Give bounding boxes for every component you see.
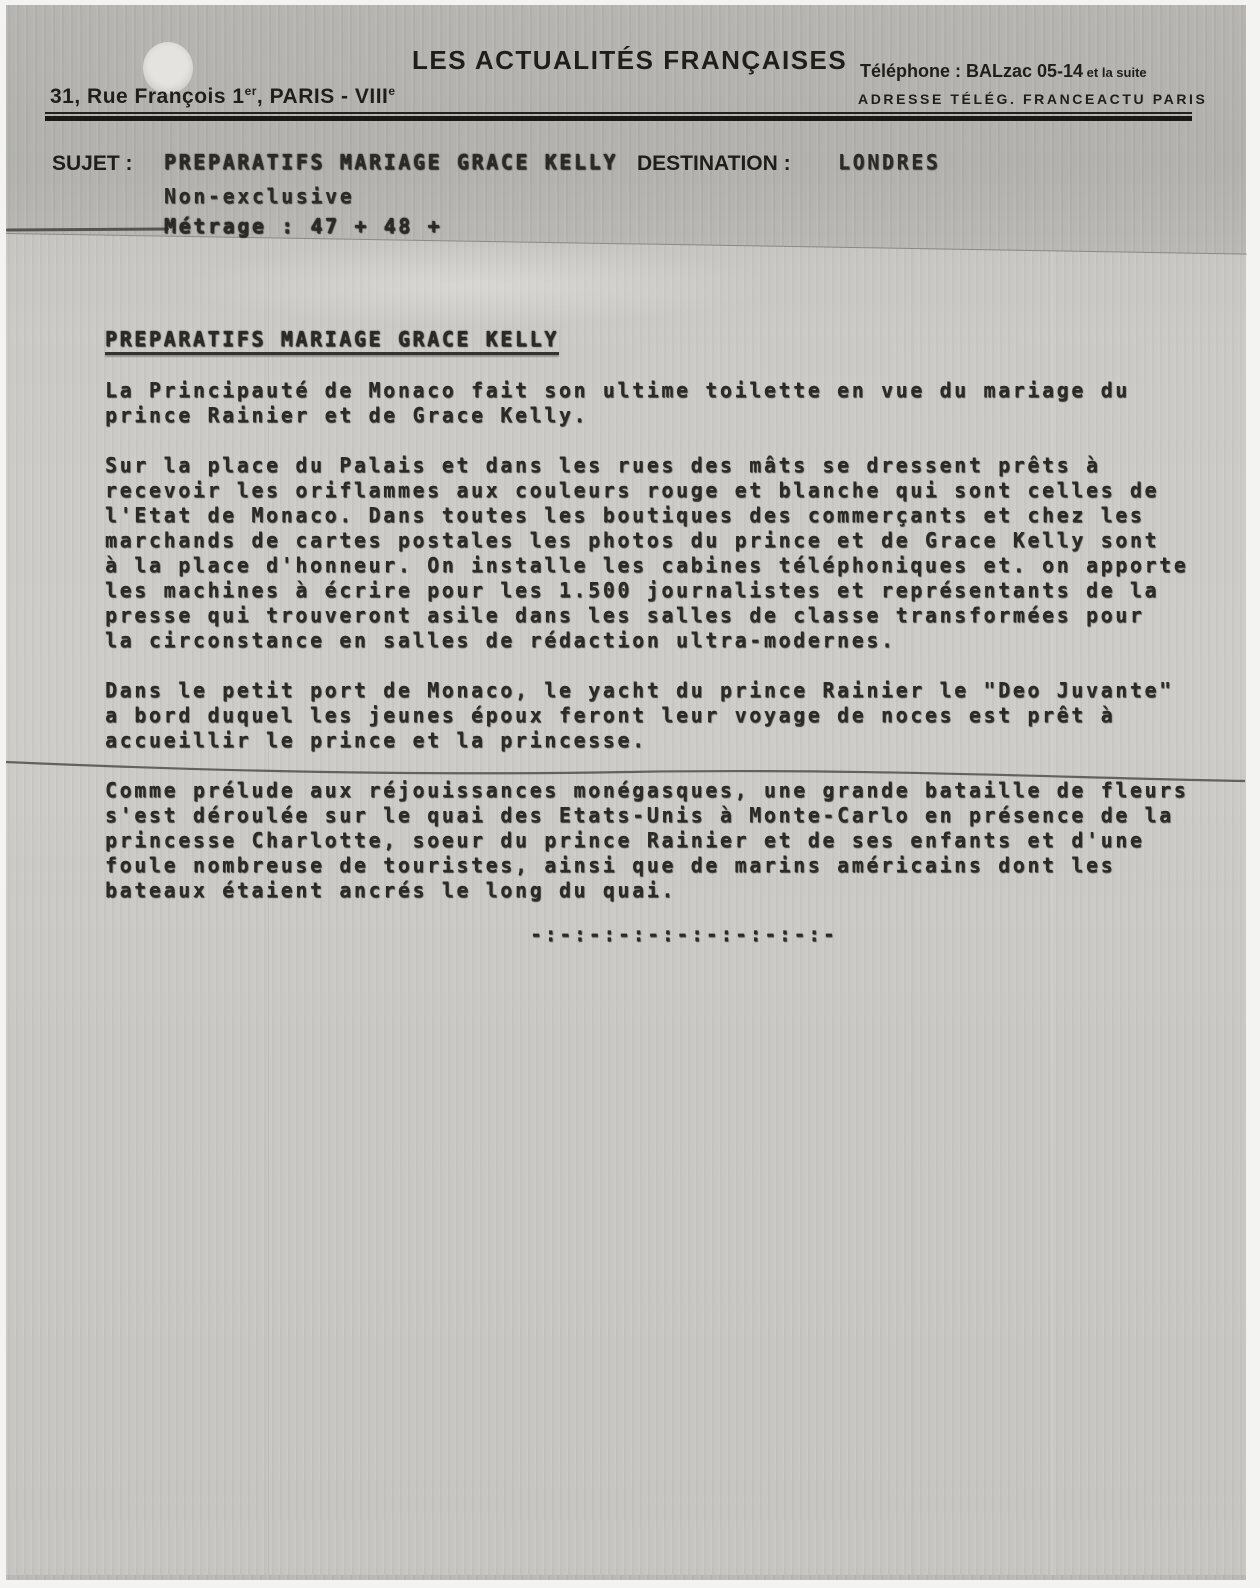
paragraph-line: l'Etat de Monaco. Dans toutes les boutiq… xyxy=(105,503,1225,528)
paragraph-line: à la place d'honneur. On installe les ca… xyxy=(105,553,1225,578)
destination-value: LONDRES xyxy=(838,150,941,174)
paragraph-line: princesse Charlotte, soeur du prince Rai… xyxy=(105,828,1225,853)
company-address: 31, Rue François 1er, PARIS - VIIIe xyxy=(50,84,396,109)
phone-number: Téléphone : BALzac 05-14 xyxy=(860,61,1083,81)
paragraph-line: Comme prélude aux réjouissances monégasq… xyxy=(105,778,1225,803)
metrage-line: Métrage : 47 + 48 + xyxy=(164,214,442,238)
paragraph-line: Sur la place du Palais et dans les rues … xyxy=(105,453,1225,478)
destination-label: DESTINATION : xyxy=(637,152,791,176)
paragraph-line: a bord duquel les jeunes époux feront le… xyxy=(105,703,1225,728)
paragraph-line: s'est déroulée sur le quai des Etats-Uni… xyxy=(105,803,1225,828)
address-sup: er xyxy=(245,84,257,98)
sujet-label: SUJET : xyxy=(52,152,133,176)
paragraph-line: presse qui trouveront asile dans les sal… xyxy=(105,603,1225,628)
document-title: PREPARATIFS MARIAGE GRACE KELLY xyxy=(105,327,559,355)
paragraph-line: bateaux étaient ancrés le long du quai. xyxy=(105,878,1225,903)
paragraph: Dans le petit port de Monaco, le yacht d… xyxy=(105,678,1225,753)
exclusivity-note: Non-exclusive xyxy=(164,184,354,208)
paragraph: La Principauté de Monaco fait son ultime… xyxy=(105,378,1225,428)
body-paragraphs: La Principauté de Monaco fait son ultime… xyxy=(105,378,1225,946)
scanned-document: LES ACTUALITÉS FRANÇAISES 31, Rue Franço… xyxy=(0,0,1260,1588)
letterhead-rule xyxy=(45,112,1192,121)
end-divider: -:-:-:-:-:-:-:-:-:-:- xyxy=(530,922,1225,946)
paragraph-line: marchands de cartes postales les photos … xyxy=(105,528,1225,553)
paragraph-line: accueillir le prince et la princesse. xyxy=(105,728,1225,753)
paragraph: Comme prélude aux réjouissances monégasq… xyxy=(105,778,1225,903)
address-text: , PARIS - VIII xyxy=(257,85,388,108)
paragraph-line: les machines à écrire pour les 1.500 jou… xyxy=(105,578,1225,603)
paragraph-line: La Principauté de Monaco fait son ultime… xyxy=(105,378,1225,403)
paragraph-line: foule nombreuse de touristes, ainsi que … xyxy=(105,853,1225,878)
paragraph-line: la circonstance en salles de rédaction u… xyxy=(105,628,1225,653)
company-name: LES ACTUALITÉS FRANÇAISES xyxy=(412,45,847,76)
paragraph: Sur la place du Palais et dans les rues … xyxy=(105,453,1225,653)
phone-line: Téléphone : BALzac 05-14 et la suite xyxy=(860,61,1147,82)
paragraph-line: Dans le petit port de Monaco, le yacht d… xyxy=(105,678,1225,703)
paragraph-line: recevoir les oriflammes aux couleurs rou… xyxy=(105,478,1225,503)
paragraph-line: prince Rainier et de Grace Kelly. xyxy=(105,403,1225,428)
telegraph-address: ADRESSE TÉLÉG. FRANCEACTU PARIS xyxy=(858,91,1207,107)
phone-suffix: et la suite xyxy=(1083,65,1147,80)
address-sup: e xyxy=(388,84,395,98)
address-text: 31, Rue François 1 xyxy=(50,85,245,108)
sujet-value: PREPARATIFS MARIAGE GRACE KELLY xyxy=(164,150,618,174)
